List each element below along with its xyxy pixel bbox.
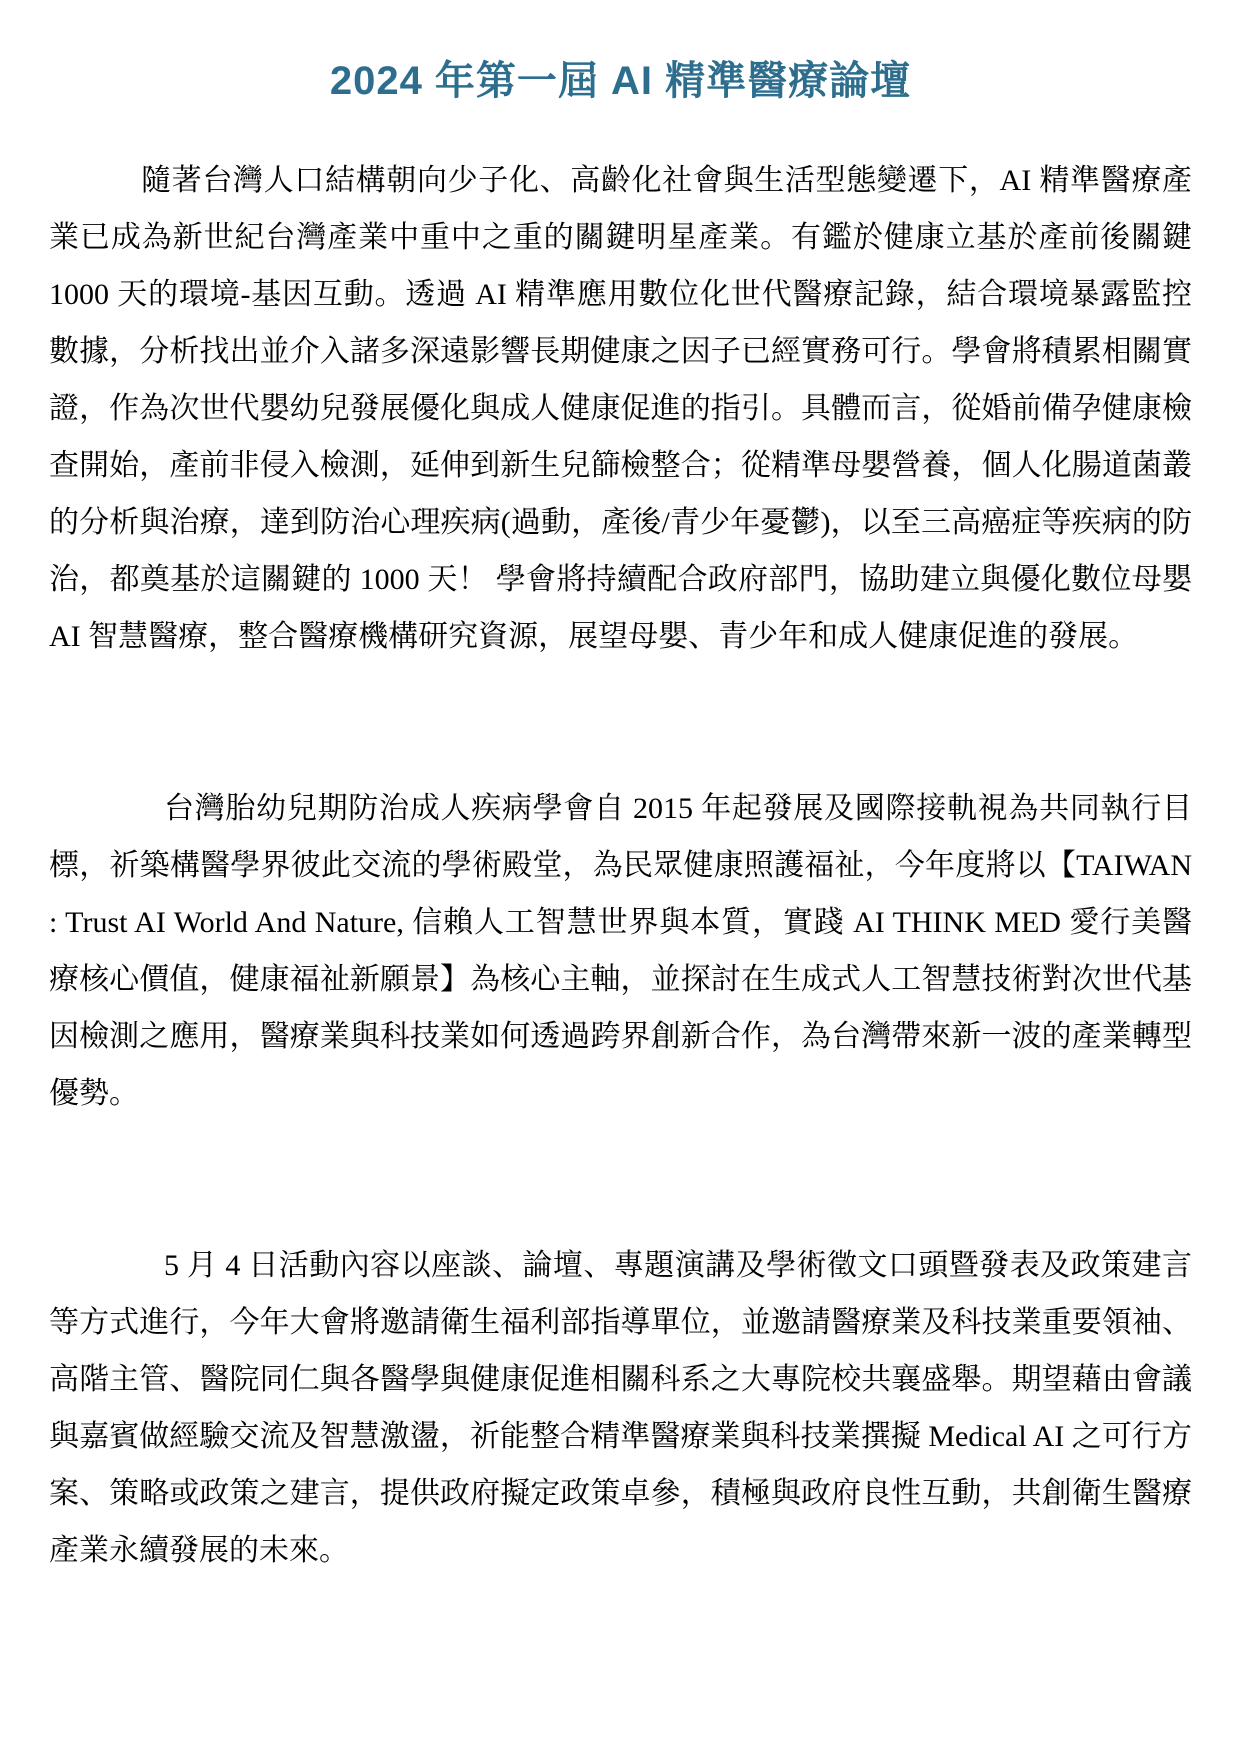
paragraph-society-theme: 台灣胎幼兒期防治成人疾病學會自 2015 年起發展及國際接軌視為共同執行目標，祈… — [49, 780, 1192, 1122]
paragraph-event-details: 5 月 4 日活動內容以座談、論壇、專題演講及學術徵文口頭暨發表及政策建言等方式… — [49, 1237, 1192, 1579]
paragraph-intro: 隨著台灣人口結構朝向少子化、高齡化社會與生活型態變遷下，AI 精準醫療產業已成為… — [49, 152, 1192, 665]
document-page: 2024 年第一屆 AI 精準醫療論壇 隨著台灣人口結構朝向少子化、高齡化社會與… — [0, 0, 1241, 1755]
document-title: 2024 年第一屆 AI 精準醫療論壇 — [49, 58, 1192, 104]
